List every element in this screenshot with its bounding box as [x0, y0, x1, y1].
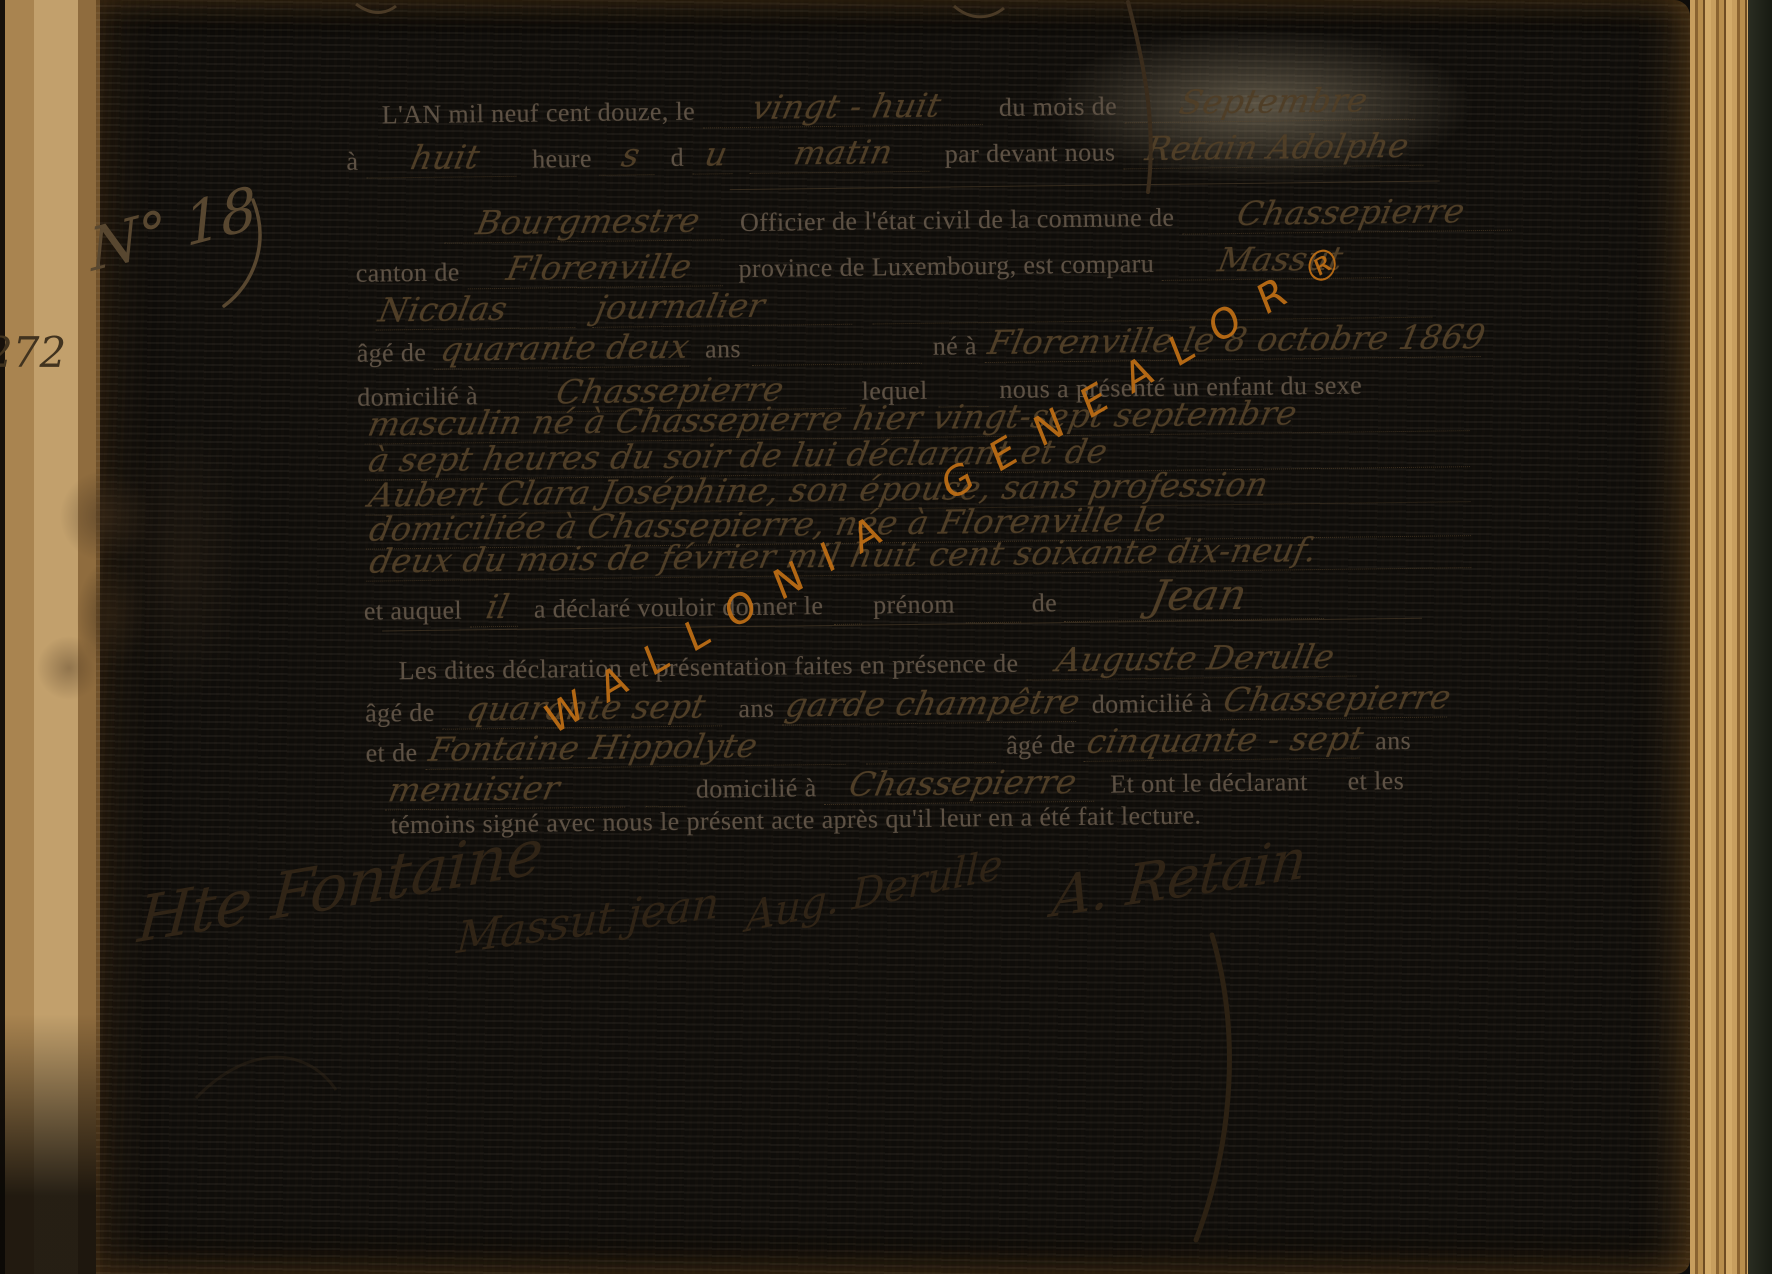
printed-text: par devant nous: [945, 137, 1116, 169]
printed-text: domicilié à: [696, 773, 817, 804]
printed-text: domicilié à: [1092, 688, 1213, 719]
handwritten-firstname: Nicolas: [375, 288, 583, 331]
printed-text: et de: [365, 738, 417, 769]
printed-text: âgé de: [1006, 730, 1076, 761]
handwritten-witness1-job: garde champêtre: [782, 682, 1084, 726]
signature-retain: A. Retain: [1050, 825, 1310, 929]
printed-text: et les: [1347, 766, 1404, 797]
handwritten-officer-name: Retain Adolphe: [1123, 126, 1431, 170]
blank-line: [834, 600, 862, 625]
blank-line: [966, 598, 1021, 624]
act-line-1: L'AN mil neuf cent douze, le vingt - hui…: [382, 80, 1425, 133]
handwritten-witness1: Auguste Derulle: [1026, 636, 1364, 680]
handwritten-witness2-age: cinquante - sept: [1084, 718, 1368, 761]
handwritten-age: quarante deux: [434, 327, 697, 370]
blank-line: [865, 738, 995, 765]
printed-text: province de Luxembourg, est comparu: [738, 249, 1154, 284]
handwritten-hour: huit: [366, 137, 524, 179]
act-number: N° 18: [87, 173, 259, 285]
register-photo: 272 N° 18 L'AN mil neuf cent douze, le v…: [0, 0, 1772, 1274]
handwritten-canton: Florenville: [468, 246, 731, 289]
handwritten-childname: Jean: [1064, 569, 1334, 622]
handwritten-pronoun: il: [470, 587, 526, 628]
printed-text: L'AN mil neuf cent douze, le: [382, 97, 696, 131]
printed-text: du mois de: [999, 91, 1117, 122]
printed-text: canton de: [356, 257, 460, 288]
printed-text: ans: [1375, 726, 1411, 756]
handwritten-day: vingt - huit: [703, 85, 991, 129]
printed-text: et auquel: [364, 595, 463, 626]
handwritten-witness1-residence: Chassepierre: [1220, 677, 1455, 720]
form-rule: [730, 181, 1440, 191]
act-text-layer: N° 18 L'AN mil neuf cent douze, le vingt…: [0, 0, 1772, 1274]
handwritten-suffix: s: [600, 135, 663, 176]
printed-text: à: [346, 147, 358, 177]
printed-text: ans: [738, 694, 774, 724]
blank-line: [752, 339, 922, 366]
printed-text: prénom: [873, 589, 955, 620]
handwritten-title: Bourgmestre: [444, 200, 732, 244]
handwritten-witness2-residence: Chassepierre: [824, 762, 1102, 805]
handwritten-suffix: u: [692, 134, 740, 175]
handwritten-witness2-job: menuisier: [385, 767, 633, 810]
printed-text: heure: [532, 144, 592, 175]
signature-derulle: Aug. Derulle: [745, 839, 1004, 942]
act-line-2: à huit heure s d u matin par devant nous…: [346, 126, 1432, 179]
printed-text: Et ont le déclarant: [1110, 767, 1308, 799]
printed-text: âgé de: [365, 698, 435, 729]
printed-text: de: [1032, 588, 1058, 618]
printed-text: ans: [705, 334, 741, 364]
printed-text: né à: [933, 331, 978, 362]
spacer: [1319, 775, 1337, 799]
act-line-3: Bourgmestre Officier de l'état civil de …: [443, 191, 1522, 244]
printed-text: d: [671, 143, 685, 173]
blank-line: [645, 782, 685, 807]
handwritten-profession: journalier: [592, 285, 860, 328]
handwritten-month: Septembre: [1125, 80, 1423, 124]
handwritten-witness2: Fontaine Hippolyte: [425, 725, 853, 770]
printed-text: âgé de: [357, 338, 427, 369]
printed-text: Officier de l'état civil de la commune d…: [740, 203, 1175, 238]
handwritten-daypart: matin: [749, 132, 937, 174]
